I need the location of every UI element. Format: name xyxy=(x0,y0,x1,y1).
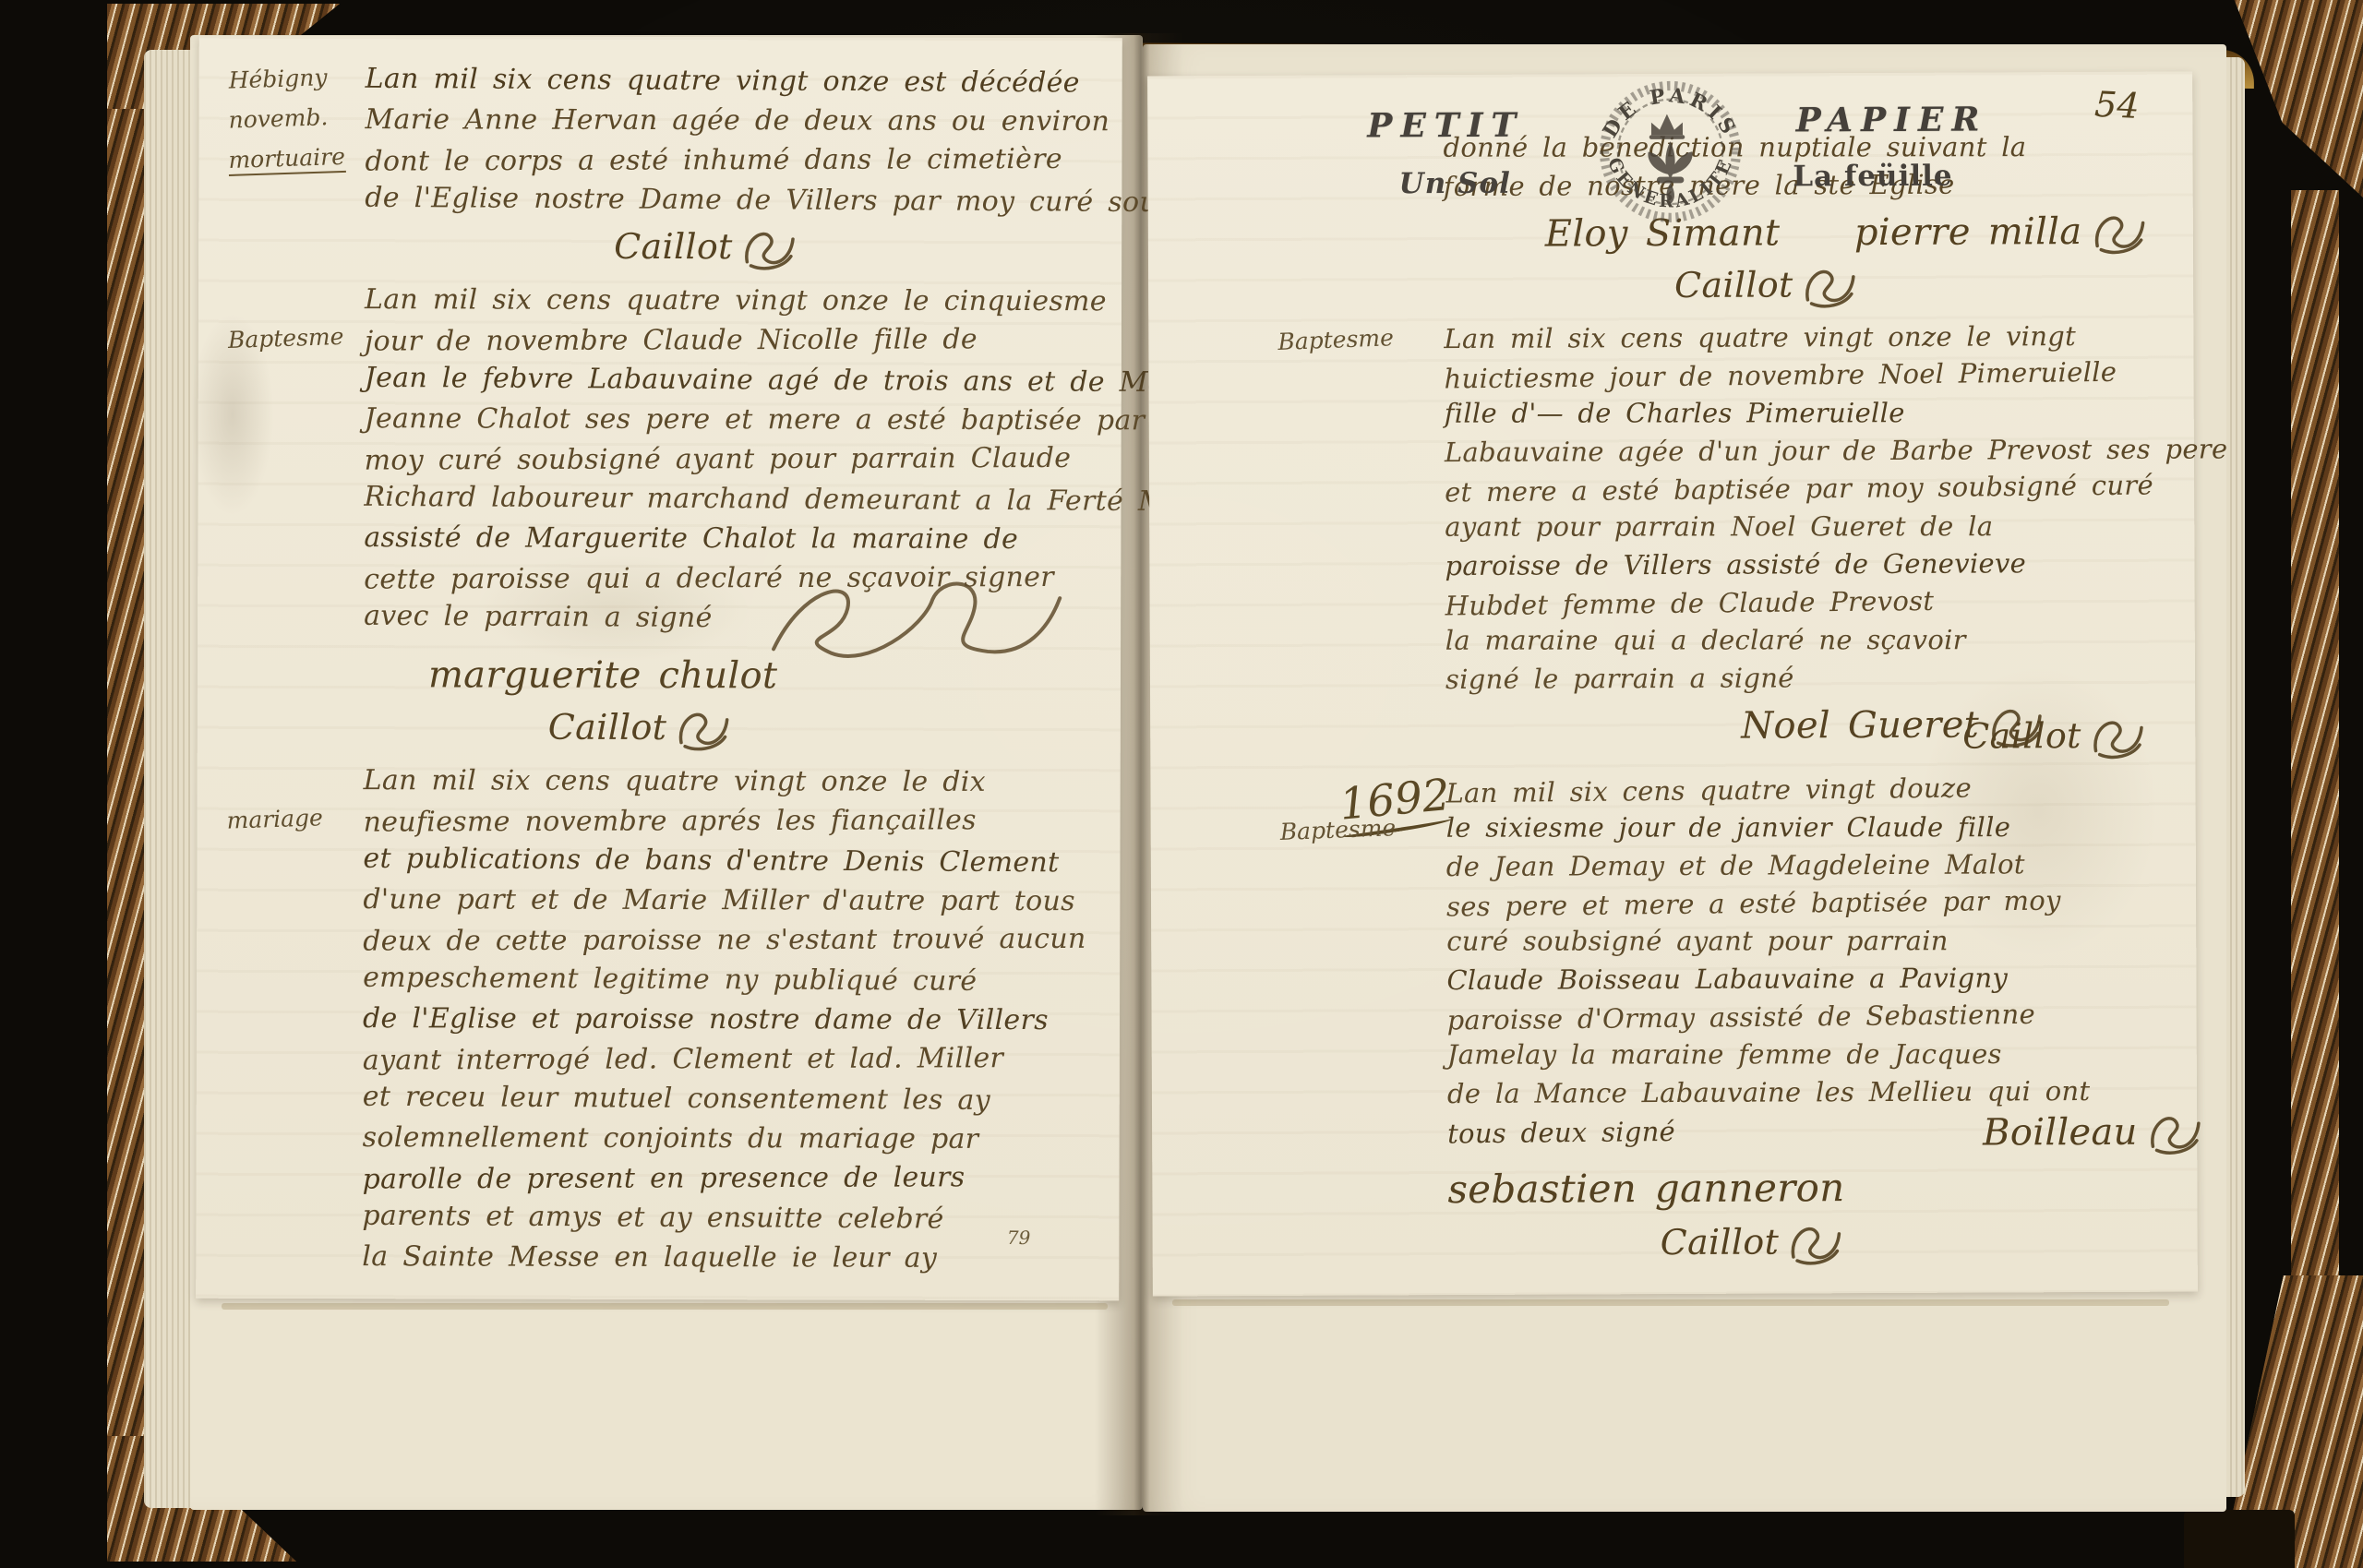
signature-text: Caillot xyxy=(1661,1219,1780,1267)
signature-text: Caillot xyxy=(1962,712,2081,760)
binding-notch xyxy=(2184,1510,2295,1568)
handwriting-line: de l'Eglise nostre Dame de Villers par m… xyxy=(365,178,1099,222)
line-text: de Jean Demay et de Magdeleine Malot xyxy=(1446,848,2025,882)
line-text: empeschement legitime ny publiqué curé xyxy=(363,962,977,998)
line-text: et receu leur mutuel consentement les ay xyxy=(363,1081,990,1117)
signature: Caillot xyxy=(548,704,1098,754)
line-text: neufiesme novembre aprés les fiançailles xyxy=(364,804,977,838)
line-text: cette paroisse qui a declaré ne sçavoir … xyxy=(364,561,1054,596)
line-text: Marie Anne Hervan agée de deux ans ou en… xyxy=(366,103,1110,138)
manuscript-page-right: PETIT PAPIER Un Sol La feüille DE PARIS … xyxy=(1147,72,2198,1297)
handwriting-line: tous deux signé xyxy=(1447,1107,2175,1153)
crown-icon xyxy=(1649,114,1685,139)
handwriting-line: Jamelay la maraine femme de Jacques xyxy=(1447,1035,2175,1074)
handwriting-line: moy curé soubsigné ayant pour parrain Cl… xyxy=(365,438,1099,481)
handwriting-line: parolle de present en presence de leurs xyxy=(362,1157,1097,1200)
handwriting-line: Lan mil six cens quatre vingt douze xyxy=(1445,767,2173,812)
signature: Caillot xyxy=(614,223,1099,272)
handwriting-line: et publications de bans d'entre Denis Cl… xyxy=(363,839,1098,883)
manuscript-page-left: Hébignynovemb.mortuaireLan mil six cens … xyxy=(196,36,1122,1301)
handwriting-line: ayant interrogé led. Clement et lad. Mil… xyxy=(363,1038,1098,1081)
signature-text: Noel Gueret xyxy=(1741,700,1979,751)
stamp-word-papier: PAPIER xyxy=(1796,101,1988,140)
left-page-text: Hébignynovemb.mortuaireLan mil six cens … xyxy=(223,60,1099,1282)
handwriting-line: solemnellement conjoints du mariage par xyxy=(363,1118,1098,1159)
line-text: Claude Boisseau Labauvaine a Pavigny xyxy=(1446,962,2008,996)
handwriting-line: curé soubsigné ayant pour parrain xyxy=(1446,922,2174,961)
handwriting-line: Lan mil six cens quatre vingt onze le di… xyxy=(364,760,1098,802)
handwriting-line: Claude Boisseau Labauvaine a Pavigny xyxy=(1446,959,2174,999)
photograph-of-open-register: Hébignynovemb.mortuaireLan mil six cens … xyxy=(0,0,2363,1568)
line-text: d'une part et de Marie Miller d'autre pa… xyxy=(363,883,1075,917)
handwriting-line: Richard laboureur marchand demeurant a l… xyxy=(364,477,1098,521)
signature-text: Caillot xyxy=(614,223,733,271)
tax-stamp: PETIT PAPIER Un Sol La feüille DE PARIS … xyxy=(1310,76,2031,224)
line-text: solemnellement conjoints du mariage par xyxy=(363,1121,979,1155)
line-text: de l'Eglise et paroisse nostre dame de V… xyxy=(363,1002,1049,1036)
handwriting-line: la Sainte Messe en laquelle ie leur ay xyxy=(362,1237,1097,1278)
register-entry: 1692BaptesmeLan mil six cens quatre ving… xyxy=(1445,770,2175,1268)
handwriting-line: la maraine qui a declaré ne sçavoir xyxy=(1445,621,2173,660)
signature-paraph-icon xyxy=(676,704,733,752)
line-text: Hubdet femme de Claude Prevost xyxy=(1445,585,1934,622)
handwriting-line: Lan mil six cens quatre vingt onze le vi… xyxy=(1444,317,2171,358)
handwriting-line: dont le corps a esté inhumé dans le cime… xyxy=(365,139,1099,182)
line-text: et mere a esté baptisée par moy soubsign… xyxy=(1445,469,2153,508)
line-text: moy curé soubsigné ayant pour parrain Cl… xyxy=(365,442,1072,477)
handwriting-line: huictiesme jour de novembre Noel Pimerui… xyxy=(1444,353,2171,398)
marbled-edge-right xyxy=(2291,190,2339,1288)
line-text: de la Mance Labauvaine les Mellieu qui o… xyxy=(1447,1075,2091,1109)
handwriting-line: ayant pour parrain Noel Gueret de la xyxy=(1445,508,2172,546)
margin-note: novemb. xyxy=(228,103,329,133)
handwriting-line: cette paroisse qui a declaré ne sçavoir … xyxy=(364,557,1098,600)
sheet-under-edge xyxy=(222,1303,1108,1310)
handwriting-line: assisté de Marguerite Chalot la maraine … xyxy=(364,518,1098,559)
signature-paraph-icon xyxy=(2091,208,2148,256)
signature-text: Caillot xyxy=(1674,262,1793,310)
right-page-text: donné la benediction nuptiale suivant la… xyxy=(1175,127,2175,1282)
margin-note: mortuaire xyxy=(228,143,345,176)
handwriting-line: et receu leur mutuel consentement les ay xyxy=(363,1077,1098,1121)
folio-number: 79 xyxy=(1007,1227,1031,1249)
stamp-emblem: DE PARIS GENERALITE xyxy=(1591,70,1749,228)
line-text: Lan mil six cens quatre vingt onze est d… xyxy=(366,63,1080,100)
line-text: Lan mil six cens quatre vingt onze le di… xyxy=(364,764,986,798)
line-text: Jamelay la maraine femme de Jacques xyxy=(1447,1038,2002,1071)
handwriting-line: signé le parrain a signé xyxy=(1445,658,2173,699)
line-text: la Sainte Messe en laquelle ie leur ay xyxy=(362,1240,937,1275)
line-text: dont le corps a esté inhumé dans le cime… xyxy=(365,143,1062,178)
handwriting-line: paroisse de Villers assisté de Genevieve xyxy=(1445,545,2172,585)
line-text: jour de novembre Claude Nicolle fille de xyxy=(365,323,978,357)
page-number: 54 xyxy=(2093,84,2140,126)
line-text: avec le parrain a signé xyxy=(364,600,713,634)
handwriting-line: Hubdet femme de Claude Prevost xyxy=(1445,580,2172,625)
stamp-price: Un Sol xyxy=(1399,167,1511,201)
line-text: paroisse de Villers assisté de Genevieve xyxy=(1445,547,2026,581)
line-text: huictiesme jour de novembre Noel Pimerui… xyxy=(1444,356,2117,395)
handwriting-line: de l'Eglise et paroisse nostre dame de V… xyxy=(363,999,1098,1040)
line-text: assisté de Marguerite Chalot la maraine … xyxy=(364,521,1018,556)
register-entry: mariageLan mil six cens quatre vingt onz… xyxy=(362,760,1098,1278)
handwriting-line: Marie Anne Hervan agée de deux ans ou en… xyxy=(365,100,1099,141)
line-text: curé soubsigné ayant pour parrain xyxy=(1446,925,1949,956)
line-text: Lan mil six cens quatre vingt douze xyxy=(1445,772,1972,809)
line-text: parents et amys et ay ensuitte celebré xyxy=(362,1200,943,1236)
handwriting-line: Lan mil six cens quatre vingt onze est d… xyxy=(366,59,1100,103)
line-text: ayant pour parrain Noel Gueret de la xyxy=(1445,510,1993,543)
line-text: et publications de bans d'entre Denis Cl… xyxy=(363,843,1059,880)
line-text: Lan mil six cens quatre vingt onze le vi… xyxy=(1444,320,2076,354)
handwriting-line: Lan mil six cens quatre vingt onze le ci… xyxy=(365,280,1099,321)
line-text: la maraine qui a declaré ne sçavoir xyxy=(1445,624,1966,655)
handwriting-line: neufiesme novembre aprés les fiançailles xyxy=(363,800,1098,843)
line-text: tous deux signé xyxy=(1447,1116,1675,1150)
line-text: le sixiesme jour de janvier Claude fille xyxy=(1446,811,2011,844)
margin-note: Hébigny xyxy=(228,64,328,93)
line-text: Lan mil six cens quatre vingt onze le ci… xyxy=(365,283,1107,317)
handwriting-line: le sixiesme jour de janvier Claude fille xyxy=(1446,808,2174,847)
handwriting-line: d'une part et de Marie Miller d'autre pa… xyxy=(363,880,1098,921)
act-type-margin-label: Baptesme xyxy=(227,323,343,353)
sheet-under-edge xyxy=(1172,1299,2169,1306)
act-type-margin-label: Baptesme xyxy=(1277,324,1394,355)
line-text: fille d'— de Charles Pimeruielle xyxy=(1445,397,1905,428)
handwriting-line: fille d'— de Charles Pimeruielle xyxy=(1445,394,2172,433)
handwriting-line: paroisse d'Ormay assisté de Sebastienne xyxy=(1446,994,2174,1039)
handwriting-line: Jeanne Chalot ses pere et mere a esté ba… xyxy=(365,399,1099,440)
stamp-word-petit: PETIT xyxy=(1367,106,1524,146)
handwriting-line: parents et amys et ay ensuitte celebré xyxy=(362,1196,1097,1240)
line-text: ses pere et mere a esté baptisée par moy xyxy=(1446,885,2061,923)
register-entry: BaptesmeLan mil six cens quatre vingt on… xyxy=(1444,317,2173,763)
signature: sebastien ganneron xyxy=(1447,1161,2175,1216)
handwriting-line: jour de novembre Claude Nicolle fille de xyxy=(365,319,1099,362)
handwriting-line: avec le parrain a signé xyxy=(364,596,1098,640)
act-type-margin-label: mariage xyxy=(226,804,323,833)
line-text: ayant interrogé led. Clement et lad. Mil… xyxy=(363,1042,1003,1076)
signature: Caillot xyxy=(1962,712,2173,761)
line-text: parolle de present en presence de leurs xyxy=(362,1161,965,1195)
handwriting-line: Labauvaine agée d'un jour de Barbe Prevo… xyxy=(1445,431,2172,472)
signature-paraph-icon xyxy=(1802,261,1859,309)
register-entry: BaptesmeLan mil six cens quatre vingt on… xyxy=(364,280,1099,753)
signature-paraph-icon xyxy=(1788,1218,1845,1266)
handwriting-line: et mere a esté baptisée par moy soubsign… xyxy=(1445,466,2172,511)
signature: Caillot xyxy=(1674,260,2171,310)
line-text: deux de cette paroisse ne s'estant trouv… xyxy=(363,923,1086,958)
act-type-margin-label: Baptesme xyxy=(1279,814,1396,845)
line-text: Jean le febvre Labauvaine agé de trois a… xyxy=(365,362,1205,400)
stamp-unit: La feüille xyxy=(1793,160,1952,194)
line-text: de l'Eglise nostre Dame de Villers par m… xyxy=(365,182,1252,220)
handwriting-line: Jean le febvre Labauvaine agé de trois a… xyxy=(365,358,1099,402)
handwriting-line: ses pere et mere a esté baptisée par moy xyxy=(1446,880,2174,926)
signature-text: Caillot xyxy=(548,704,667,752)
signature: Caillot xyxy=(1661,1216,2176,1266)
line-text: signé le parrain a signé xyxy=(1445,662,1794,695)
line-text: paroisse d'Ormay assisté de Sebastienne xyxy=(1446,999,2035,1036)
signature-text: sebastien ganneron xyxy=(1447,1162,1844,1216)
signature-paraph-icon xyxy=(742,223,799,271)
line-text: Richard laboureur marchand demeurant a l… xyxy=(364,481,1219,519)
register-entry: Hébignynovemb.mortuaireLan mil six cens … xyxy=(365,60,1100,272)
handwriting-line: de Jean Demay et de Magdeleine Malot xyxy=(1446,845,2174,886)
signature-paraph-icon xyxy=(2091,712,2148,760)
signature-text: marguerite chulot xyxy=(428,650,777,700)
handwriting-line: empeschement legitime ny publiqué curé xyxy=(363,958,1098,1002)
handwriting-line: deux de cette paroisse ne s'estant trouv… xyxy=(363,919,1098,962)
line-text: Jeanne Chalot ses pere et mere a esté ba… xyxy=(365,402,1146,437)
line-text: Labauvaine agée d'un jour de Barbe Prevo… xyxy=(1445,433,2228,468)
